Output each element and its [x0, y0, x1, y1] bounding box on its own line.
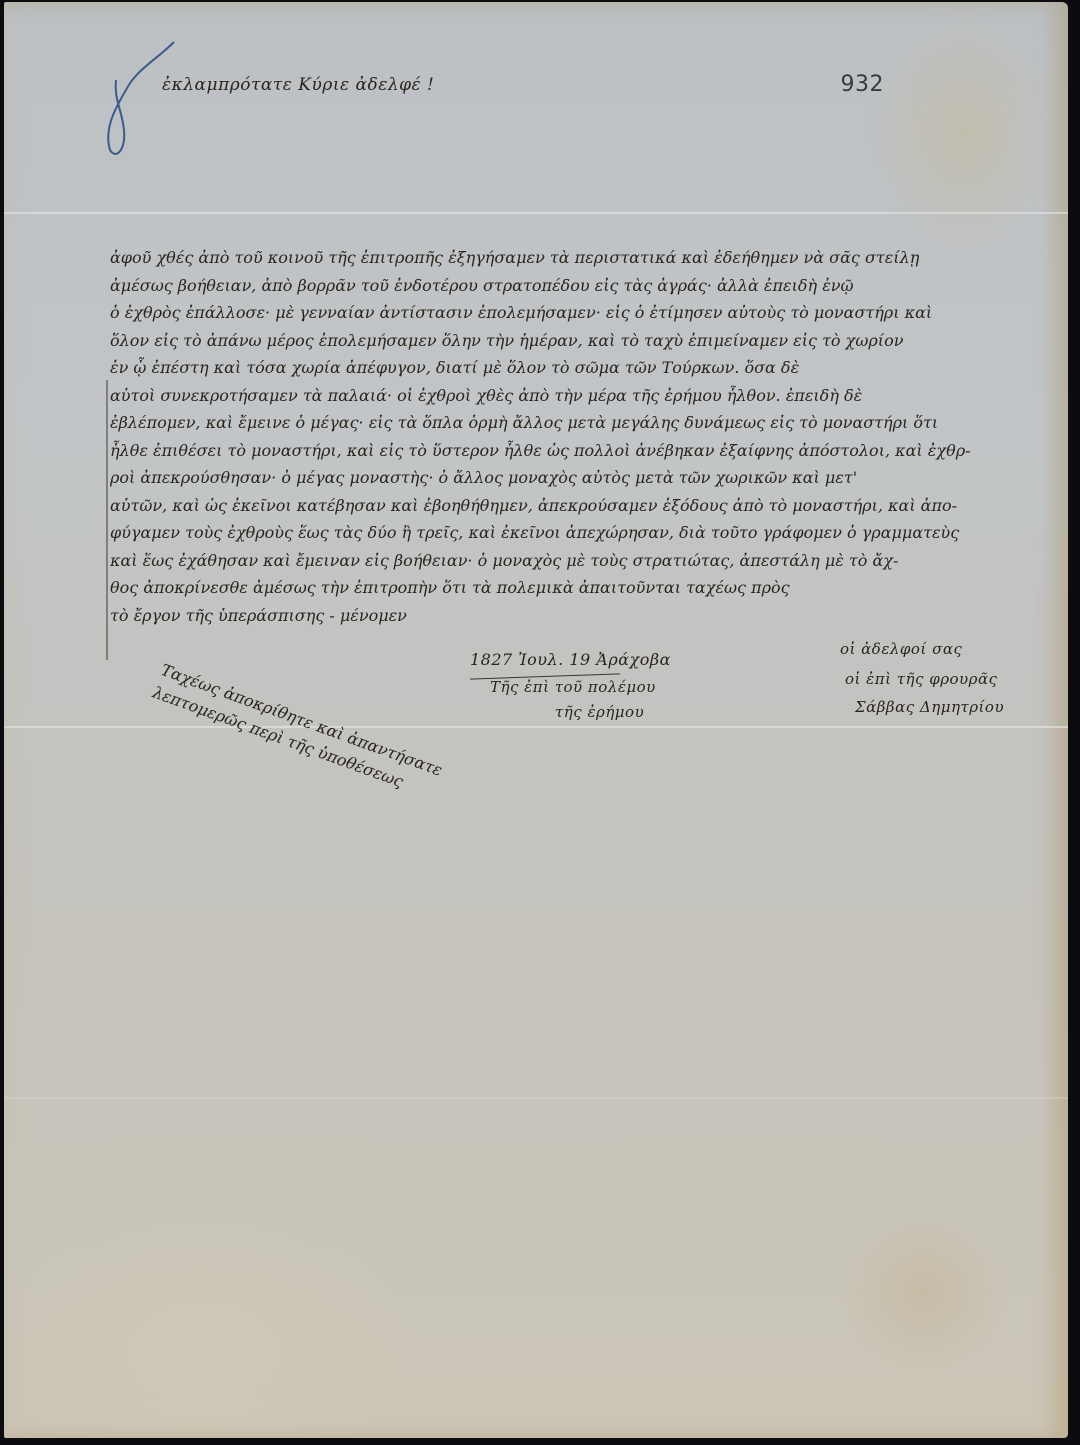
body-line: ἀμέσως βοήθειαν, ἀπὸ βορρᾶν τοῦ ἐνδοτέρο…: [110, 272, 1070, 300]
body-line: θος ἀποκρίνεσθε ἀμέσως τὴν ἐπιτροπὴν ὅτι…: [110, 574, 1070, 602]
body-line: τὸ ἔργον τῆς ὑπεράσπισης - μένομεν: [110, 602, 1070, 630]
body-line: ἐν ᾧ ἐπέστη καὶ τόσα χωρία ἀπέφυγον, δια…: [110, 354, 1070, 382]
signature-line: οἱ ἐπὶ τῆς φρουρᾶς: [845, 670, 998, 688]
body-line: ὅλον εἰς τὸ ἀπάνω μέρος ἐπολεμήσαμεν ὅλη…: [110, 327, 1070, 355]
body-line: ροὶ ἀπεκρούσθησαν· ὁ μέγας μοναστὴς· ὁ ἄ…: [110, 464, 1070, 492]
manuscript-page: [4, 2, 1068, 1438]
salutation: ἐκλαμπρότατε Κύριε ἀδελφέ !: [162, 75, 434, 95]
signature-closing: οἱ ἀδελφοί σας: [840, 640, 962, 658]
folio-number: 932: [841, 72, 885, 97]
body-line: αὐτῶν, καὶ ὡς ἐκεῖνοι κατέβησαν καὶ ἐβοη…: [110, 492, 1070, 520]
body-line: ὁ ἐχθρὸς ἐπάλλοσε· μὲ γενναίαν ἀντίστασι…: [110, 299, 1070, 327]
place-line: τῆς ἐρήμου: [555, 703, 644, 721]
left-margin-line: [106, 380, 108, 660]
blue-pencil-mark: [96, 40, 176, 160]
letter-body: ἀφοῦ χθές ἀπὸ τοῦ κοινοῦ τῆς ἐπιτροπῆς ἐ…: [110, 244, 1070, 629]
fold-crease: [4, 1097, 1068, 1099]
body-line: φύγαμεν τοὺς ἐχθροὺς ἕως τὰς δύο ἢ τρεῖς…: [110, 519, 1070, 547]
date-line: 1827 Ἰουλ. 19 Ἀράχοβα: [470, 650, 671, 669]
body-line: αὐτοὶ συνεκροτήσαμεν τὰ παλαιά· οἱ ἐχθρο…: [110, 382, 1070, 410]
body-line: ἦλθε ἐπιθέσει τὸ μοναστήρι, καὶ εἰς τὸ ὕ…: [110, 437, 1070, 465]
fold-crease: [4, 726, 1068, 728]
body-line: ἐβλέπομεν, καὶ ἔμεινε ὁ μέγας· εἰς τὰ ὅπ…: [110, 409, 1070, 437]
fold-crease: [4, 212, 1068, 214]
signature-name: Σάββας Δημητρίου: [855, 698, 1004, 716]
place-line: Τῆς ἐπὶ τοῦ πολέμου: [490, 678, 656, 696]
body-line: ἀφοῦ χθές ἀπὸ τοῦ κοινοῦ τῆς ἐπιτροπῆς ἐ…: [110, 244, 1070, 272]
body-line: καὶ ἕως ἐχάθησαν καὶ ἔμειναν εἰς βοήθεια…: [110, 547, 1070, 575]
